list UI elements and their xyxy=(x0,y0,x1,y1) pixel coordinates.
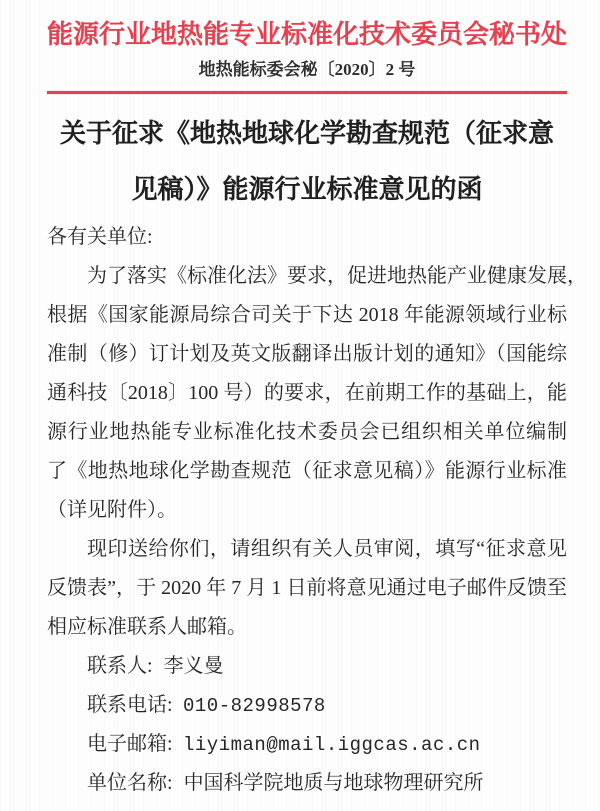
contact-row: 电子邮箱:liyiman@mail.iggcas.ac.cn xyxy=(47,725,567,764)
paragraph-block: 为了落实《标准化法》要求，促进地热能产业健康发展，根据《国家能源局综合司关于下达… xyxy=(47,257,567,647)
document-reference-number: 地热能标委会秘〔2020〕2 号 xyxy=(47,57,567,83)
paragraph-line: 为了落实《标准化法》要求，促进地热能产业健康发展， xyxy=(47,257,567,296)
paragraph-line: 准制（修）订计划及英文版翻译出版计划的通知》（国能综 xyxy=(47,335,567,374)
letter-title: 关于征求《地热地球化学勘查规范（征求意见稿）》能源行业标准意见的函 xyxy=(47,106,567,218)
contact-value: 010-82998578 xyxy=(183,695,326,717)
paragraph-line: 源行业地热能专业标准化技术委员会已组织相关单位编制 xyxy=(47,413,567,452)
scan-artifact-speck xyxy=(51,23,55,28)
contact-value: 中国科学院地质与地球物理研究所 xyxy=(184,772,484,794)
scanned-letter-page: 能源行业地热能专业标准化技术委员会秘书处 地热能标委会秘〔2020〕2 号 关于… xyxy=(0,0,600,811)
red-divider-rule xyxy=(47,91,567,94)
contact-row: 联系人:李义曼 xyxy=(47,647,567,686)
paragraph-line: 现印送给你们，请组织有关人员审阅，填写“征求意见 xyxy=(47,530,567,569)
letter-body: 各有关单位: 为了落实《标准化法》要求，促进地热能产业健康发展，根据《国家能源局… xyxy=(47,218,567,803)
contact-list: 联系人:李义曼联系电话:010-82998578电子邮箱:liyiman@mai… xyxy=(47,647,567,803)
contact-label: 单位名称: xyxy=(87,772,173,794)
contact-value: liyiman@mail.iggcas.ac.cn xyxy=(183,734,481,756)
paragraph-line: 根据《国家能源局综合司关于下达 2018 年能源领域行业标 xyxy=(47,296,567,335)
contact-label: 联系人: xyxy=(87,655,153,677)
contact-row: 联系电话:010-82998578 xyxy=(47,686,567,725)
paragraph-line: 反馈表”，于 2020 年 7 月 1 日前将意见通过电子邮件反馈至 xyxy=(47,569,567,608)
paragraph-line: （详见附件）。 xyxy=(47,491,567,530)
paragraph-line: 了《地热地球化学勘查规范（征求意见稿）》能源行业标准 xyxy=(47,452,567,491)
paragraph-line: 相应标准联系人邮箱。 xyxy=(47,608,567,647)
committee-header-title: 能源行业地热能专业标准化技术委员会秘书处 xyxy=(47,17,567,53)
contact-label: 联系电话: xyxy=(87,694,173,716)
letter-title-line: 见稿）》能源行业标准意见的函 xyxy=(47,162,567,218)
contact-value: 李义曼 xyxy=(164,655,224,677)
contact-row: 单位名称:中国科学院地质与地球物理研究所 xyxy=(47,764,567,803)
paragraph: 为了落实《标准化法》要求，促进地热能产业健康发展，根据《国家能源局综合司关于下达… xyxy=(47,257,567,530)
salutation: 各有关单位: xyxy=(47,218,567,257)
letter-title-line: 关于征求《地热地球化学勘查规范（征求意 xyxy=(47,106,567,162)
paragraph-line: 通科技〔2018〕100 号）的要求，在前期工作的基础上，能 xyxy=(47,374,567,413)
contact-label: 电子邮箱: xyxy=(87,733,173,755)
paragraph: 现印送给你们，请组织有关人员审阅，填写“征求意见反馈表”，于 2020 年 7 … xyxy=(47,530,567,647)
